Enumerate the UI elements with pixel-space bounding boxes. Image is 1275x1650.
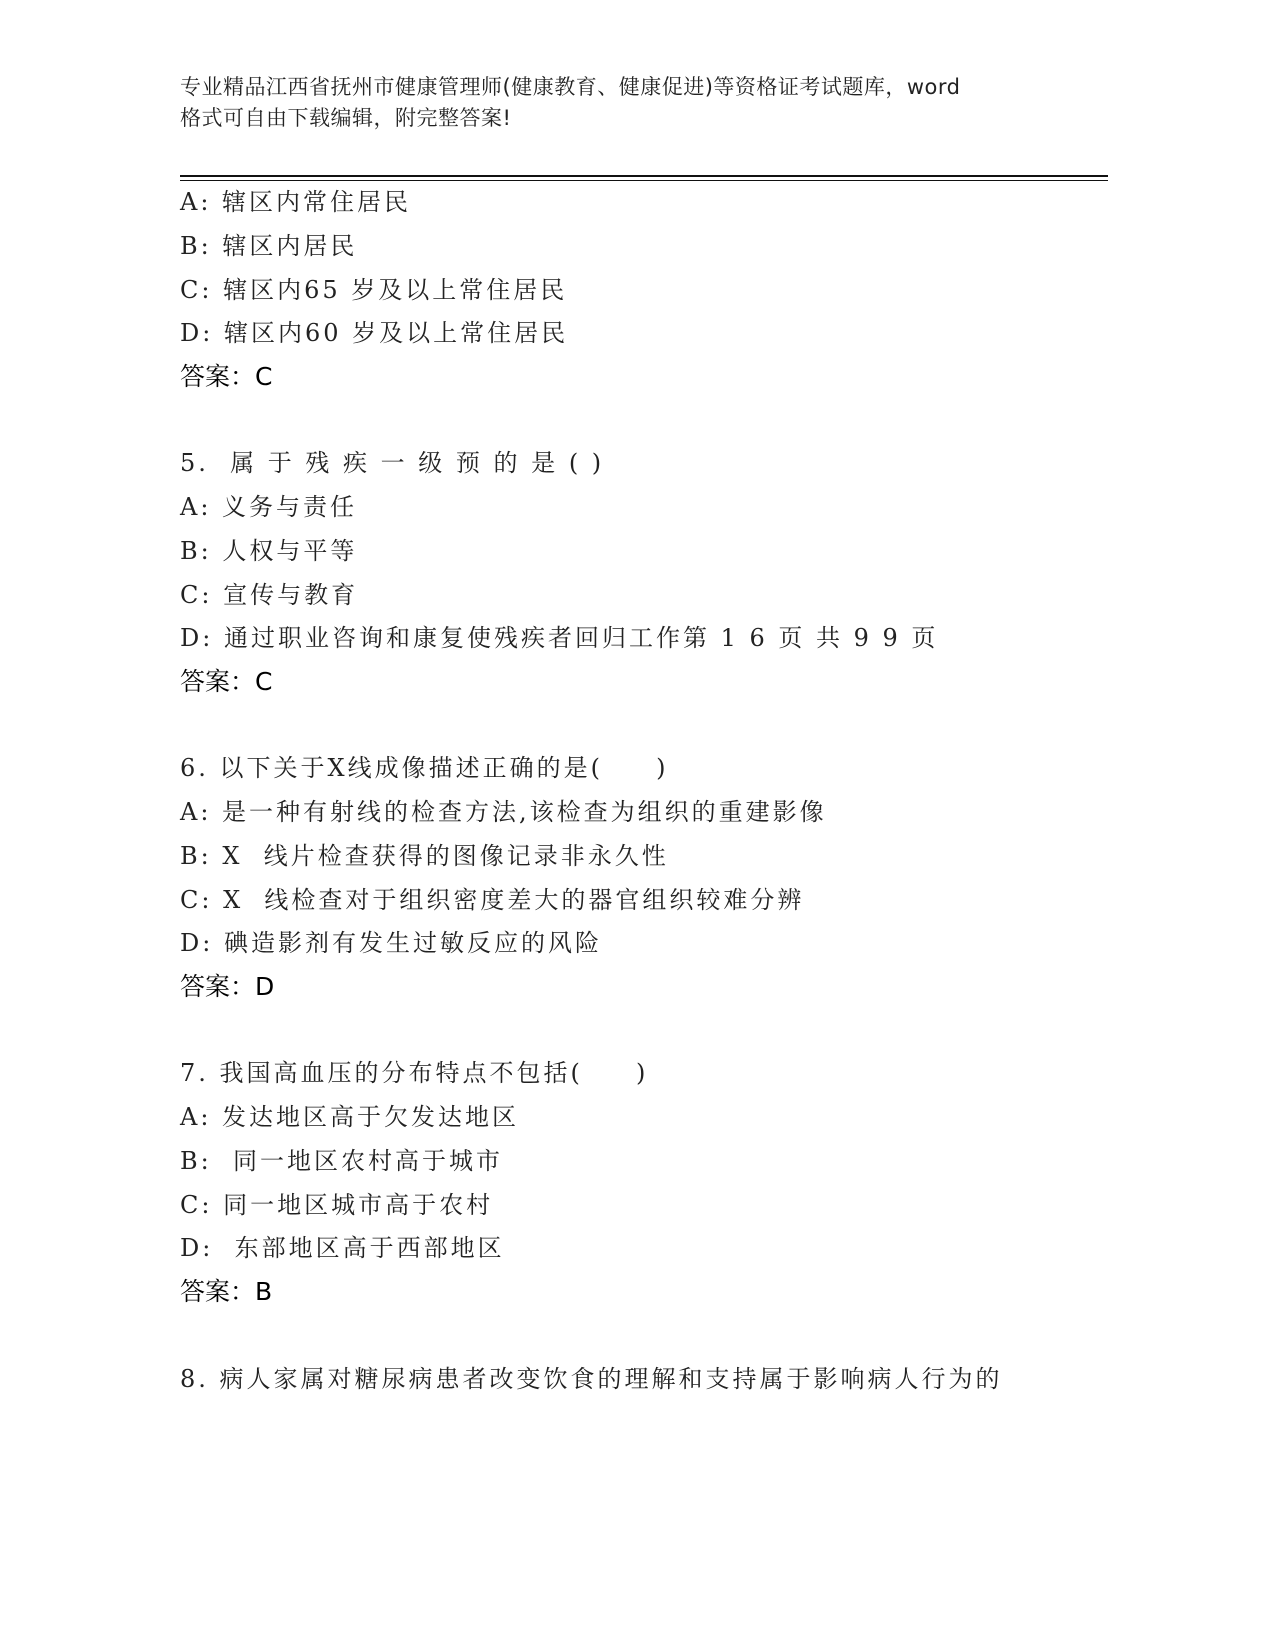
answer: 答案：C (180, 667, 272, 697)
header-text: 专业精品江西省抚州市健康管理师(健康教育、健康促进)等资格证考试题库，word … (180, 72, 1060, 134)
question-text: 7. 我国高血压的分布特点不包括( ) (180, 1058, 648, 1088)
option-c: C: 辖区内65 岁及以上常住居民 (180, 275, 567, 305)
option-c: C: X 线检查对于组织密度差大的器官组织较难分辨 (180, 885, 804, 915)
option-a: A: 发达地区高于欠发达地区 (180, 1102, 519, 1132)
option-c: C: 同一地区城市高于农村 (180, 1190, 493, 1220)
option-d: D: 碘造影剂有发生过敏反应的风险 (180, 928, 602, 958)
option-b: B: 人权与平等 (180, 536, 357, 566)
header-line-1: 专业精品江西省抚州市健康管理师(健康教育、健康促进)等资格证考试题库，word (180, 72, 1060, 103)
answer: 答案：C (180, 362, 272, 392)
option-a: A: 辖区内常住居民 (180, 187, 411, 217)
question-text: 5. 属 于 残 疾 一 级 预 的 是 ( ) (180, 448, 604, 478)
header-divider-thin (180, 180, 1108, 181)
option-c: C: 宣传与教育 (180, 580, 358, 610)
option-d: D: 东部地区高于西部地区 (180, 1233, 505, 1263)
answer: 答案：D (180, 972, 274, 1002)
option-d: D: 通过职业咨询和康复使残疾者回归工作第 1 6 页 共 9 9 页 (180, 623, 938, 653)
question-text: 8. 病人家属对糖尿病患者改变饮食的理解和支持属于影响病人行为的 (180, 1364, 1003, 1394)
option-a: A: 义务与责任 (180, 492, 357, 522)
question-text: 6. 以下关于X线成像描述正确的是( ) (180, 753, 668, 783)
option-b: B: 同一地区农村高于城市 (180, 1146, 503, 1176)
option-a: A: 是一种有射线的检查方法,该检查为组织的重建影像 (180, 797, 827, 827)
answer: 答案：B (180, 1277, 272, 1307)
header-divider-thick (180, 175, 1108, 177)
header-line-2: 格式可自由下载编辑，附完整答案! (180, 103, 1060, 134)
option-d: D: 辖区内60 岁及以上常住居民 (180, 318, 568, 348)
option-b: B: 辖区内居民 (180, 231, 357, 261)
option-b: B: X 线片检查获得的图像记录非永久性 (180, 841, 669, 871)
